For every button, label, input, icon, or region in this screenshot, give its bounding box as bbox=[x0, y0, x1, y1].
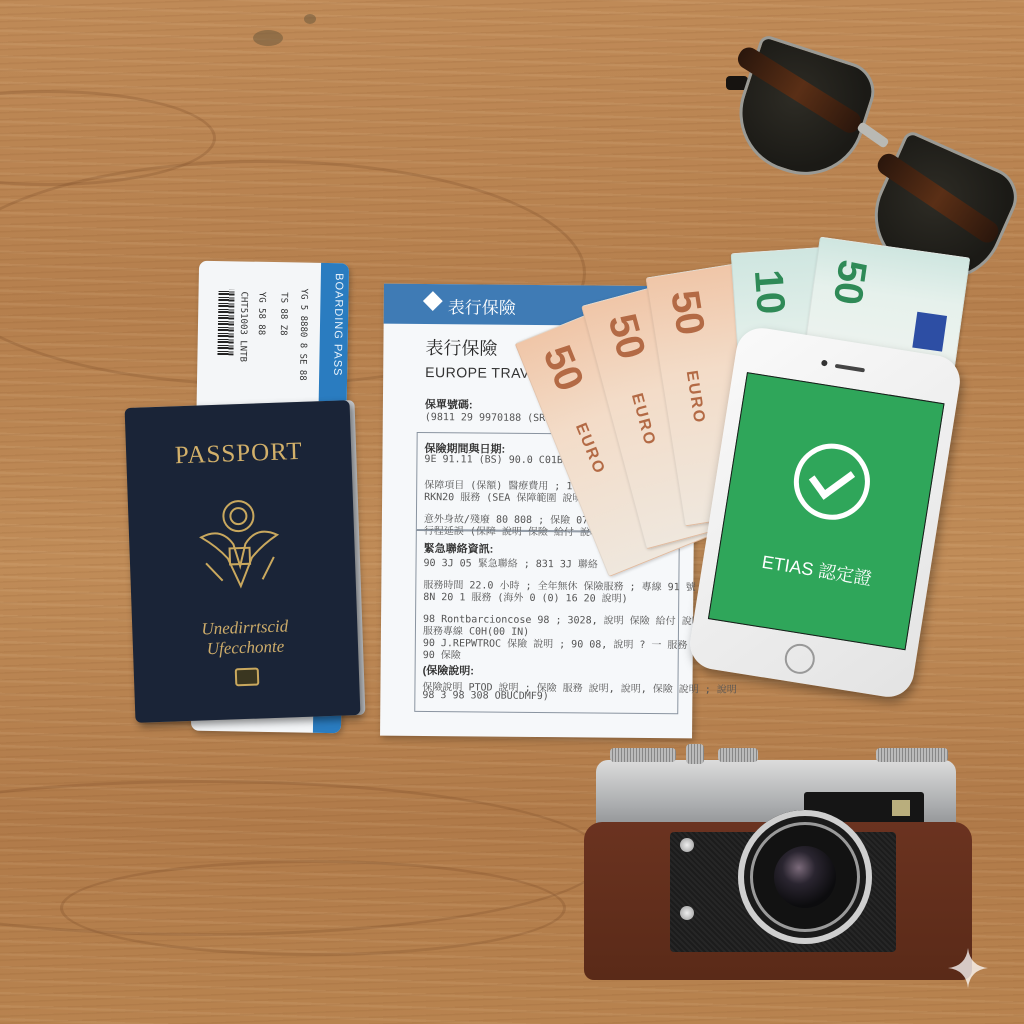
camera-lens-glass bbox=[774, 846, 836, 908]
banknote-denomination: 50 bbox=[534, 339, 592, 397]
front-camera-icon bbox=[821, 360, 828, 367]
phone-screen: ETIAS 認定證 bbox=[708, 372, 945, 650]
boarding-pass-text: CHT51003 LNTB bbox=[237, 291, 248, 362]
camera-dial bbox=[610, 748, 676, 762]
passport-country: Unedirrtscid Ufecchonte bbox=[132, 614, 358, 662]
etias-status-text: ETIAS 認定證 bbox=[717, 541, 917, 598]
contact-line: 90 保險 bbox=[423, 646, 461, 661]
speaker-grille bbox=[835, 364, 865, 373]
policy-number-label: 保單號碼: bbox=[425, 396, 473, 412]
wood-knot bbox=[253, 30, 283, 46]
camera-knob bbox=[680, 906, 694, 920]
document-header-text: 表行保險 bbox=[448, 293, 516, 319]
document-title: 表行保險 bbox=[425, 334, 497, 361]
notes-line: 98 3 98 308 OBUCDMF9) bbox=[422, 690, 549, 702]
banknote-currency: EURO bbox=[571, 421, 608, 478]
barcode-icon bbox=[217, 289, 234, 355]
sparkle-icon bbox=[948, 948, 988, 988]
home-button bbox=[783, 642, 817, 676]
banknote-currency: EURO bbox=[682, 369, 708, 425]
banknote-denomination: 10 bbox=[745, 268, 793, 316]
emergency-contact-value: 90 3J 05 緊急聯絡 ; 831 3J 聯絡 bbox=[423, 554, 598, 571]
banknote-denomination: 50 bbox=[599, 309, 654, 364]
banknote-denomination: 50 bbox=[824, 257, 875, 307]
banknote-currency: EURO bbox=[627, 392, 658, 449]
camera-knob bbox=[680, 838, 694, 852]
camera-dial bbox=[718, 748, 758, 762]
contact-line: 90 J.REPWTROC 保險 說明 ; 90 08, 說明 ? 一 服務 說… bbox=[423, 634, 714, 652]
contact-line: 8N 20 1 服務 (海外 0 (0) 16 20 說明) bbox=[423, 588, 628, 605]
eagle-seal-icon bbox=[190, 494, 289, 597]
boarding-pass-text: YG 58 88 bbox=[256, 292, 267, 336]
biometric-chip-icon bbox=[235, 667, 260, 686]
camera-rewind-knob bbox=[876, 748, 948, 762]
film-camera bbox=[584, 742, 972, 984]
viewfinder-window bbox=[892, 800, 910, 816]
notes-label: (保險說明: bbox=[423, 662, 474, 678]
passport: PASSPORT Unedirrtscid Ufecchonte bbox=[125, 400, 361, 723]
check-circle-icon bbox=[788, 438, 875, 525]
wood-knot bbox=[304, 14, 316, 24]
camera-lens bbox=[738, 810, 872, 944]
passport-title: PASSPORT bbox=[126, 436, 352, 472]
boarding-pass-stripe-text: BOARDING PASS bbox=[331, 273, 345, 376]
wood-grain bbox=[60, 860, 566, 956]
boarding-pass-text: TS 88 Z8 bbox=[278, 292, 289, 336]
camera-shutter-button bbox=[686, 744, 704, 764]
banknote-denomination: 50 bbox=[661, 287, 712, 338]
insurer-logo-icon bbox=[423, 291, 443, 311]
eu-flag-icon bbox=[912, 312, 947, 352]
coverage-period-value: 9E 91.11 (BS) 90.0 C01B bbox=[424, 454, 563, 466]
boarding-pass-text: YG 5 8880 8 SE 88 bbox=[297, 288, 309, 380]
